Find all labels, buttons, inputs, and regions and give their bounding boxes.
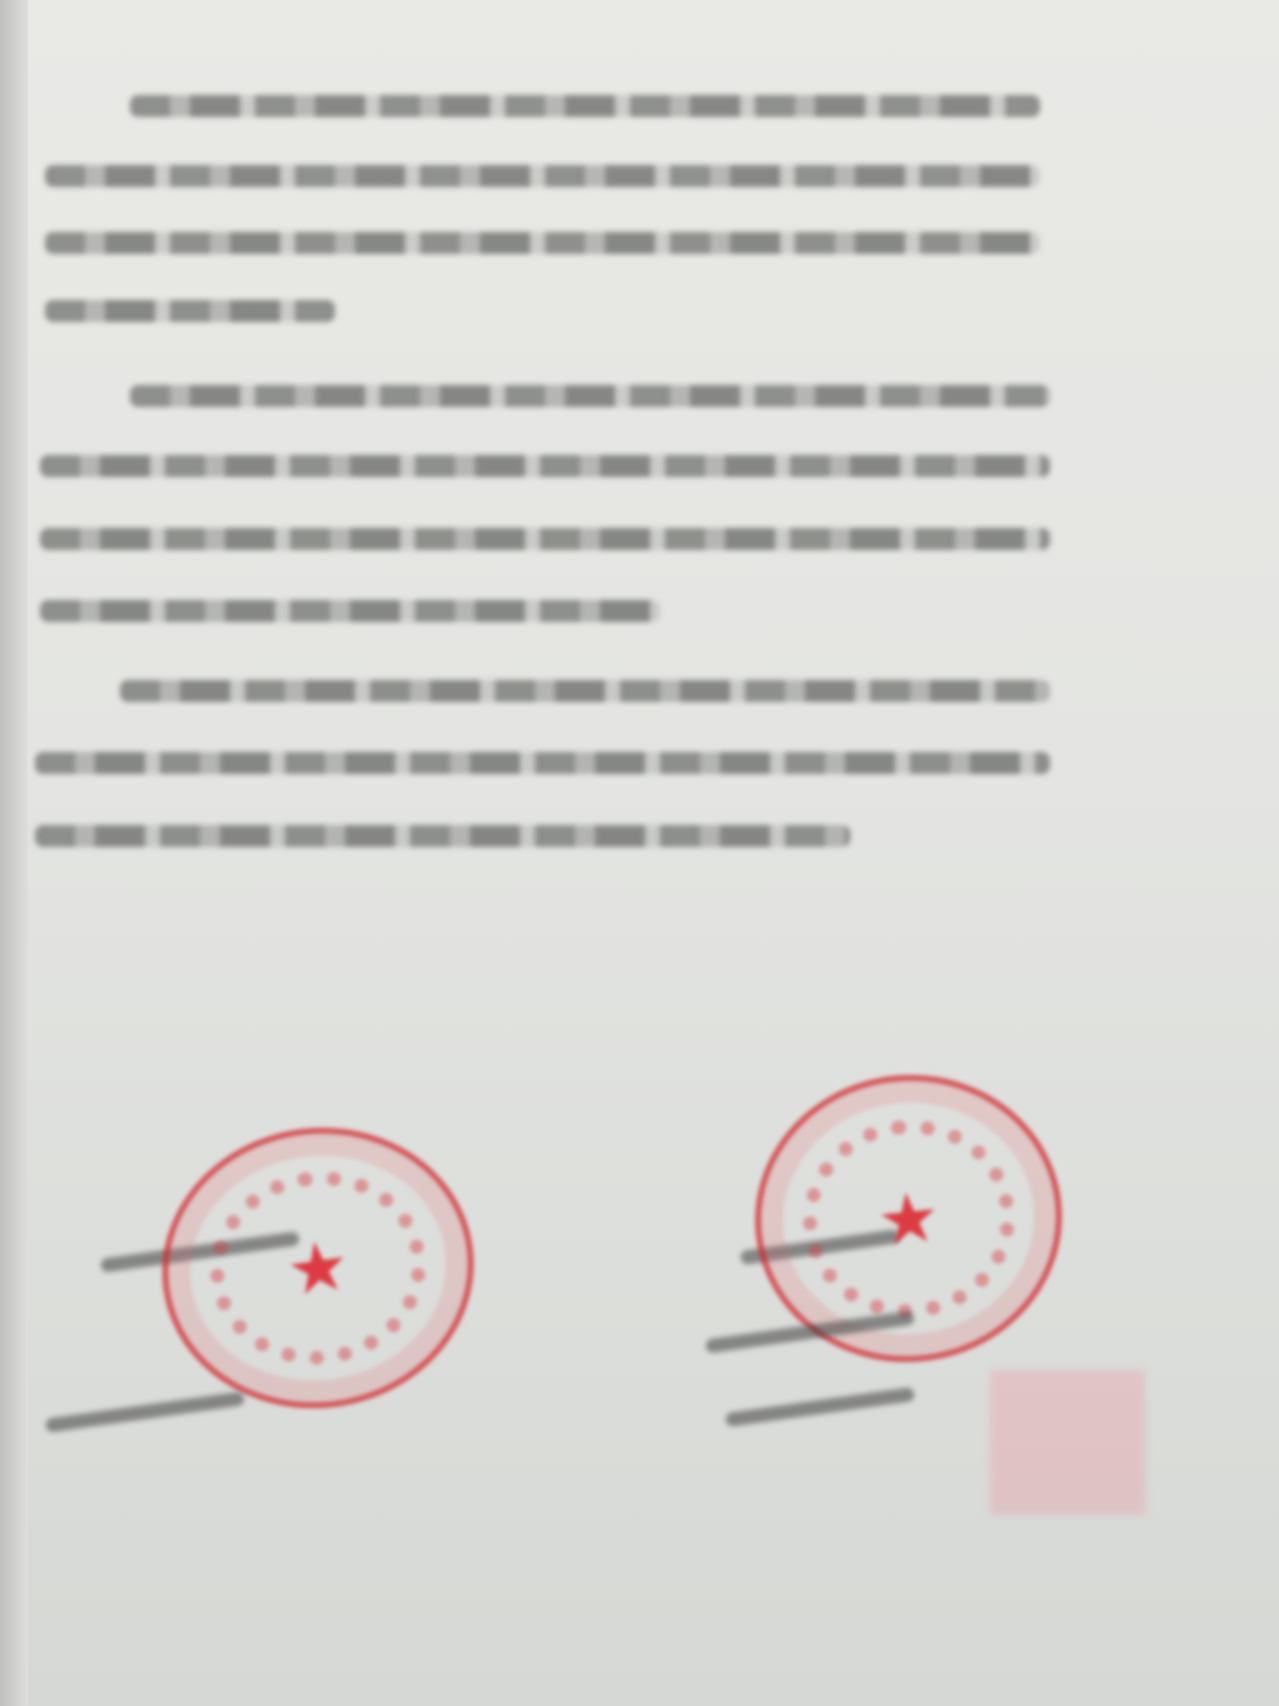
- square-seal: square red seal (faint): [990, 1370, 1145, 1515]
- date-right: [illegible]: [725, 1387, 915, 1427]
- text-line: [illegible]: [45, 300, 335, 322]
- text-line: [illegible]: [40, 528, 1050, 550]
- text-line: [illegible]: [120, 680, 1050, 702]
- text-line: [illegible]: [40, 455, 1050, 477]
- text-line: [illegible]: [45, 232, 1040, 254]
- date-left: [illegible]: [45, 1391, 245, 1433]
- page-edge: [0, 0, 28, 1706]
- text-line: [illegible]: [130, 95, 1040, 117]
- text-line: [illegible]: [35, 752, 1050, 774]
- text-line: [illegible]: [35, 825, 850, 847]
- star-icon: ★: [282, 1229, 354, 1307]
- text-line: [illegible]: [45, 165, 1040, 187]
- round-seal-left: [illegible] ★: [144, 1108, 492, 1429]
- star-icon: ★: [874, 1180, 944, 1256]
- text-line: [illegible]: [40, 600, 660, 622]
- text-line: [illegible]: [130, 385, 1050, 407]
